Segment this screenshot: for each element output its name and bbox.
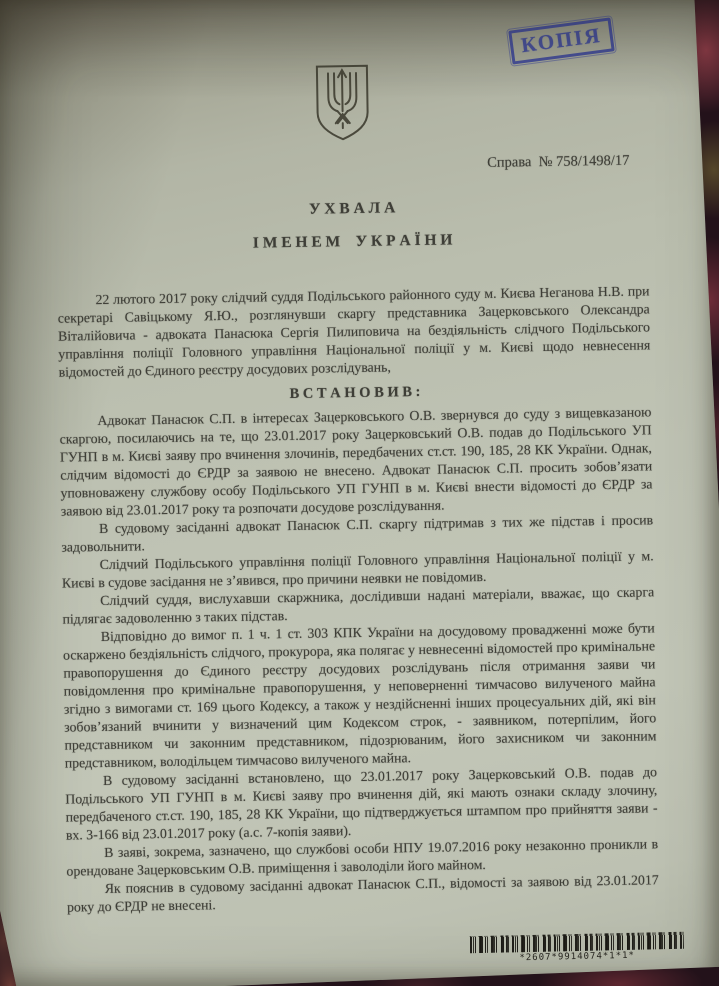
document-content: Справа № 758/1498/17 У Х В А Л А І М Е Н… xyxy=(53,0,659,917)
resolution-heading: В С Т А Н О В И В : xyxy=(59,379,651,406)
document-paper: Справа № 758/1498/17 У Х В А Л А І М Е Н… xyxy=(0,0,719,986)
document-subtitle: І М Е Н Е М У К Р А Ї Н И xyxy=(57,228,649,255)
body-paragraph: Відповідно до вимог п. 1 ч. 1 ст. 303 КП… xyxy=(63,619,657,772)
document-title: У Х В А Л А xyxy=(56,195,648,222)
body-paragraph: Адвокат Панасюк С.П. в інтересах Зацерко… xyxy=(59,403,653,520)
document-body: 22 лютого 2017 року слідчий суддя Поділь… xyxy=(57,282,659,916)
body-paragraph: В судовому засіданні встановлено, що 23.… xyxy=(65,763,658,844)
intro-paragraph: 22 лютого 2017 року слідчий суддя Поділь… xyxy=(57,282,650,381)
case-number: Справа № 758/1498/17 xyxy=(55,152,647,178)
emblem-container xyxy=(46,60,639,152)
barcode: *2607*9914074*1*1* xyxy=(470,932,685,964)
ukraine-trident-coat-of-arms-icon xyxy=(313,64,372,143)
